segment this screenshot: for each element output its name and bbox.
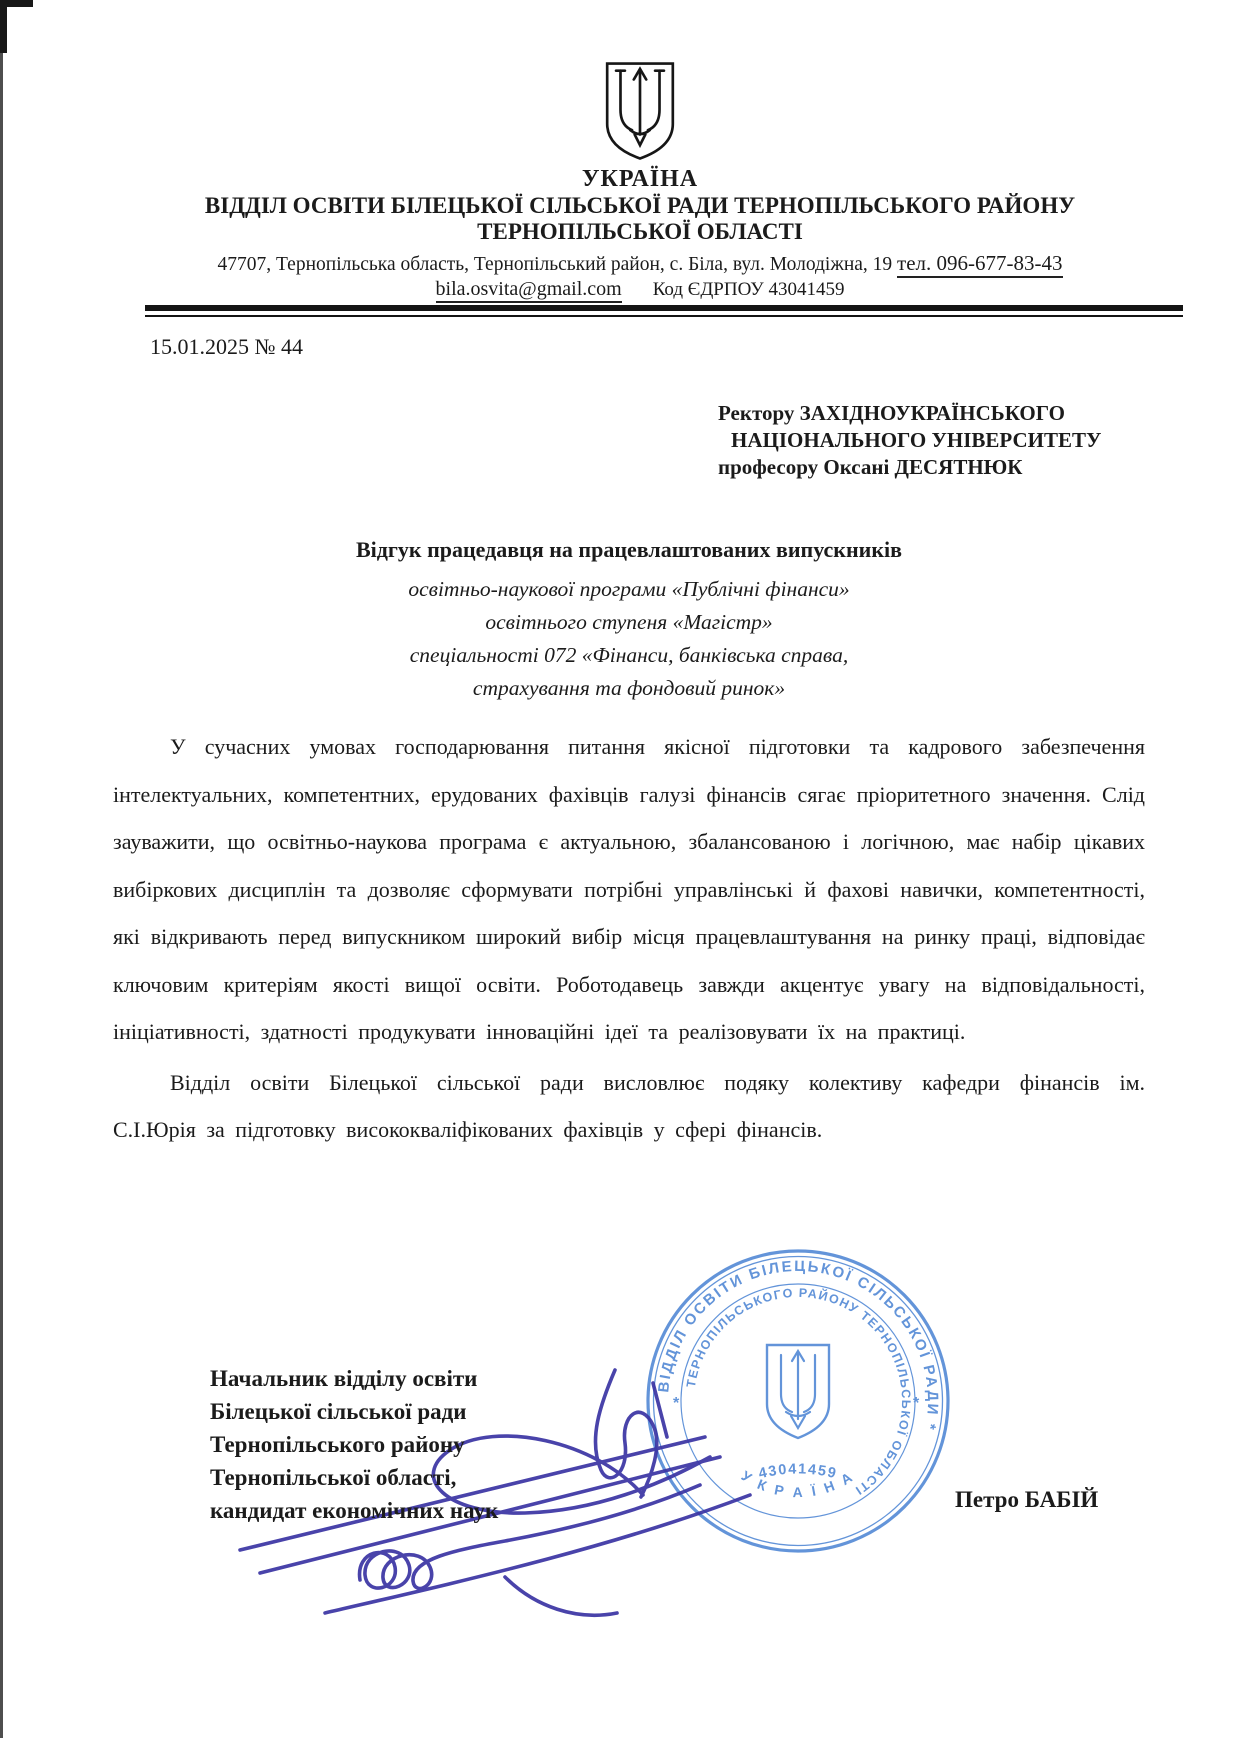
- signer-name: Петро БАБІЙ: [955, 1487, 1098, 1513]
- signer-position-line: Тернопільської області,: [210, 1461, 498, 1494]
- recipient-line: Ректору ЗАХІДНОУКРАЇНСЬКОГО: [718, 400, 1138, 427]
- body-paragraph-1: У сучасних умовах господарювання питання…: [113, 723, 1145, 1056]
- org-name-line1: ВІДДІЛ ОСВІТИ БІЛЕЦЬКОЇ СІЛЬСЬКОЇ РАДИ Т…: [120, 193, 1160, 219]
- scan-edge-line: [0, 0, 3, 1738]
- signer-position-line: Білецької сільської ради: [210, 1395, 498, 1428]
- signer-position-line: кандидат економічних наук: [210, 1494, 498, 1527]
- signer-position-block: Начальник відділу освіти Білецької сільс…: [210, 1362, 498, 1527]
- scanned-letter-page: { "header": { "country": "УКРАЇНА", "org…: [0, 0, 1238, 1738]
- org-address: 47707, Тернопільська область, Тернопільс…: [218, 254, 893, 275]
- org-edrpou-code: Код ЄДРПОУ 43041459: [653, 279, 845, 300]
- org-email: bila.osvita@gmail.com: [436, 278, 622, 303]
- subtitle-line: страхування та фондовий ринок»: [113, 672, 1145, 705]
- signer-position-line: Тернопільського району: [210, 1428, 498, 1461]
- stamp-trident-icon: [767, 1345, 829, 1438]
- letter-subtitle-block: освітньо-наукової програми «Публічні фін…: [113, 573, 1145, 705]
- recipient-line: професору Оксані ДЕСЯТНЮК: [718, 454, 1138, 481]
- body-paragraph-2: Відділ освіти Білецької сільської ради в…: [113, 1059, 1145, 1154]
- org-contact-line: bila.osvita@gmail.com Код ЄДРПОУ 4304145…: [120, 278, 1160, 301]
- org-phone: тел. 096-677-83-43: [897, 251, 1062, 278]
- recipient-line: НАЦІОНАЛЬНОГО УНІВЕРСИТЕТУ: [718, 427, 1138, 454]
- recipient-block: Ректору ЗАХІДНОУКРАЇНСЬКОГО НАЦІОНАЛЬНОГ…: [718, 400, 1138, 481]
- subtitle-line: освітньо-наукової програми «Публічні фін…: [113, 573, 1145, 606]
- header-divider: [145, 305, 1183, 317]
- subtitle-line: спеціальності 072 «Фінанси, банківська с…: [113, 639, 1145, 672]
- signer-position-line: Начальник відділу освіти: [210, 1362, 498, 1395]
- scan-corner-mark: [0, 0, 33, 53]
- letter-title: Відгук працедавця на працевлаштованих ви…: [113, 537, 1145, 563]
- subtitle-line: освітнього ступеня «Магістр»: [113, 606, 1145, 639]
- ukraine-trident-icon: [600, 60, 680, 162]
- letter-body: У сучасних умовах господарювання питання…: [113, 723, 1145, 1154]
- date-and-number: 15.01.2025 № 44: [150, 334, 303, 360]
- org-address-line: 47707, Тернопільська область, Тернопільс…: [120, 251, 1160, 276]
- org-name-line2: ТЕРНОПІЛЬСЬКОЇ ОБЛАСТІ: [120, 219, 1160, 245]
- stamp-star-right: *: [913, 1395, 920, 1412]
- country-name: УКРАЇНА: [120, 166, 1160, 193]
